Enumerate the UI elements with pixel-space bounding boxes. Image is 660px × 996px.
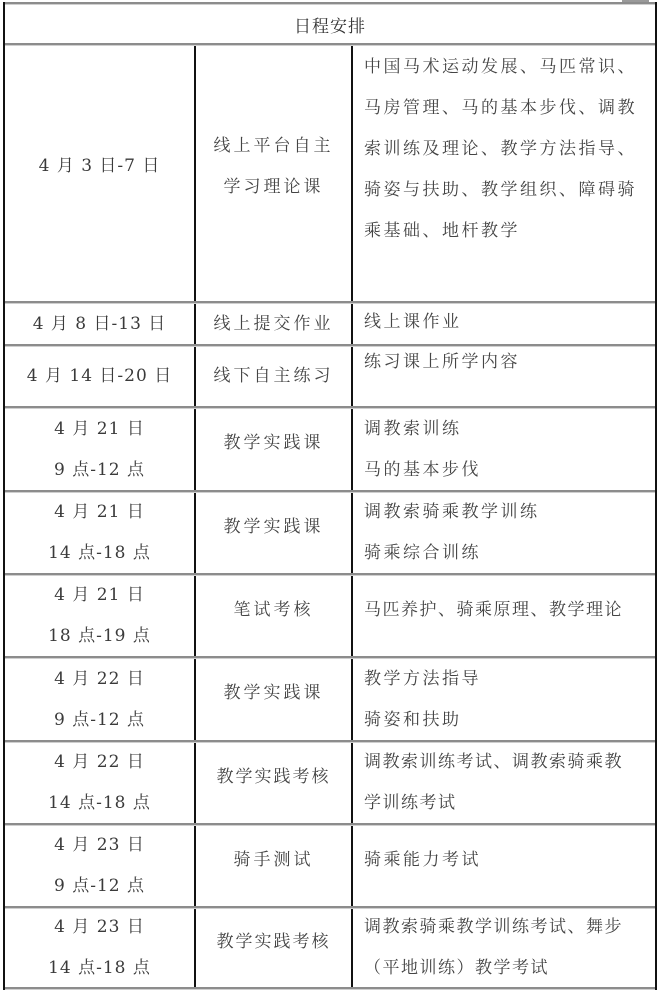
date-text: 4 月 21 日: [5, 575, 194, 616]
content-text: 马匹养护、骑乘原理、教学理论: [364, 590, 651, 631]
type-text: 教学实践考核: [196, 922, 351, 963]
table-row: 4 月 3 日-7 日 线上平台自主 学习理论课 中国马术运动发展、马匹常识、 …: [5, 46, 655, 301]
type-text: 教学实践课: [196, 673, 351, 714]
date-cell: 4 月 22 日 14 点-18 点: [5, 743, 196, 823]
type-text: 线上平台自主: [196, 126, 351, 167]
content-text: 骑姿与扶助、教学组织、障碍骑: [364, 170, 651, 211]
date-cell: 4 月 21 日 14 点-18 点: [5, 493, 196, 573]
content-text: 教学方法指导: [364, 659, 651, 700]
content-text: 调教索训练考试、调教索骑乘教: [364, 742, 651, 783]
date-text: 4 月 22 日: [5, 659, 194, 700]
date-cell: 4 月 22 日 9 点-12 点: [5, 659, 196, 740]
type-text: 学习理论课: [196, 167, 351, 208]
date-text: 14 点-18 点: [5, 948, 194, 989]
date-text: 4 月 14 日-20 日: [5, 356, 194, 397]
type-cell: 线上平台自主 学习理论课: [196, 46, 353, 301]
content-cell: 中国马术运动发展、马匹常识、 马房管理、马的基本步伐、调教 索训练及理论、教学方…: [353, 46, 655, 301]
date-text: 4 月 23 日: [5, 825, 194, 866]
table-row: 4 月 21 日 18 点-19 点 笔试考核 马匹养护、骑乘原理、教学理论: [5, 576, 655, 656]
type-text: 教学实践课: [196, 507, 351, 548]
content-text: 索训练及理论、教学方法指导、: [364, 129, 651, 170]
date-text: 14 点-18 点: [5, 783, 194, 824]
date-cell: 4 月 8 日-13 日: [5, 304, 196, 344]
date-text: 4 月 3 日-7 日: [5, 146, 194, 187]
content-text: 线上课作业: [364, 304, 651, 340]
content-cell: 教学方法指导 骑姿和扶助: [353, 659, 655, 740]
date-text: 4 月 23 日: [5, 907, 194, 948]
type-text: 教学实践课: [196, 423, 351, 464]
type-text: 线上提交作业: [196, 306, 351, 342]
type-cell: 教学实践考核: [196, 743, 353, 823]
table-row: 4 月 14 日-20 日 线下自主练习 练习课上所学内容: [5, 347, 655, 406]
content-cell: 练习课上所学内容: [353, 347, 655, 406]
date-text: 14 点-18 点: [5, 533, 194, 574]
table-row: 4 月 8 日-13 日 线上提交作业 线上课作业: [5, 304, 655, 344]
date-text: 18 点-19 点: [5, 616, 194, 657]
content-text: 练习课上所学内容: [364, 347, 651, 377]
date-cell: 4 月 23 日 9 点-12 点: [5, 826, 196, 906]
content-text: 调教索骑乘教学训练考试、舞步: [364, 907, 651, 948]
date-text: 9 点-12 点: [5, 450, 194, 491]
table-row: 4 月 22 日 14 点-18 点 教学实践考核 调教索训练考试、调教索骑乘教…: [5, 743, 655, 823]
date-cell: 4 月 21 日 18 点-19 点: [5, 576, 196, 656]
type-cell: 线下自主练习: [196, 347, 353, 406]
type-cell: 教学实践课: [196, 409, 353, 490]
date-cell: 4 月 3 日-7 日: [5, 46, 196, 301]
content-text: （平地训练）教学考试: [364, 948, 651, 989]
table-row: 4 月 22 日 9 点-12 点 教学实践课 教学方法指导 骑姿和扶助: [5, 659, 655, 740]
content-cell: 调教索骑乘教学训练 骑乘综合训练: [353, 493, 655, 573]
content-text: 马房管理、马的基本步伐、调教: [364, 88, 651, 129]
date-text: 4 月 21 日: [5, 492, 194, 533]
type-cell: 笔试考核: [196, 576, 353, 656]
content-text: 调教索骑乘教学训练: [364, 492, 651, 533]
content-text: 乘基础、地杆教学: [364, 211, 651, 252]
content-text: 中国马术运动发展、马匹常识、: [364, 47, 651, 88]
type-cell: 线上提交作业: [196, 304, 353, 344]
table-row: 4 月 23 日 9 点-12 点 骑手测试 骑乘能力考试: [5, 826, 655, 906]
type-text: 骑手测试: [196, 840, 351, 881]
date-cell: 4 月 23 日 14 点-18 点: [5, 909, 196, 987]
table-row: 4 月 21 日 14 点-18 点 教学实践课 调教索骑乘教学训练 骑乘综合训…: [5, 493, 655, 573]
content-text: 骑乘能力考试: [364, 840, 651, 881]
type-cell: 教学实践课: [196, 493, 353, 573]
content-cell: 调教索训练考试、调教索骑乘教 学训练考试: [353, 743, 655, 823]
date-cell: 4 月 21 日 9 点-12 点: [5, 409, 196, 490]
content-cell: 线上课作业: [353, 304, 655, 344]
type-cell: 教学实践考核: [196, 909, 353, 987]
date-text: 9 点-12 点: [5, 700, 194, 741]
type-text: 教学实践考核: [196, 757, 351, 798]
content-text: 骑乘综合训练: [364, 533, 651, 574]
date-text: 4 月 21 日: [5, 409, 194, 450]
table-row: 4 月 23 日 14 点-18 点 教学实践考核 调教索骑乘教学训练考试、舞步…: [5, 909, 655, 987]
content-text: 马的基本步伐: [364, 450, 651, 491]
content-text: 骑姿和扶助: [364, 700, 651, 741]
content-cell: 调教索骑乘教学训练考试、舞步 （平地训练）教学考试: [353, 909, 655, 987]
type-text: 线下自主练习: [196, 356, 351, 397]
schedule-table: 日程安排 4 月 3 日-7 日 线上平台自主 学习理论课 中国马术运动发展、马…: [3, 2, 657, 990]
table-title: 日程安排: [5, 5, 655, 43]
content-text: 学训练考试: [364, 783, 651, 824]
date-cell: 4 月 14 日-20 日: [5, 347, 196, 406]
date-text: 4 月 8 日-13 日: [5, 306, 194, 342]
content-text: 调教索训练: [364, 409, 651, 450]
date-text: 9 点-12 点: [5, 866, 194, 907]
table-row: 4 月 21 日 9 点-12 点 教学实践课 调教索训练 马的基本步伐: [5, 409, 655, 490]
type-cell: 骑手测试: [196, 826, 353, 906]
date-text: 4 月 22 日: [5, 742, 194, 783]
type-cell: 教学实践课: [196, 659, 353, 740]
content-cell: 马匹养护、骑乘原理、教学理论: [353, 576, 655, 656]
type-text: 笔试考核: [196, 590, 351, 631]
content-cell: 骑乘能力考试: [353, 826, 655, 906]
content-cell: 调教索训练 马的基本步伐: [353, 409, 655, 490]
